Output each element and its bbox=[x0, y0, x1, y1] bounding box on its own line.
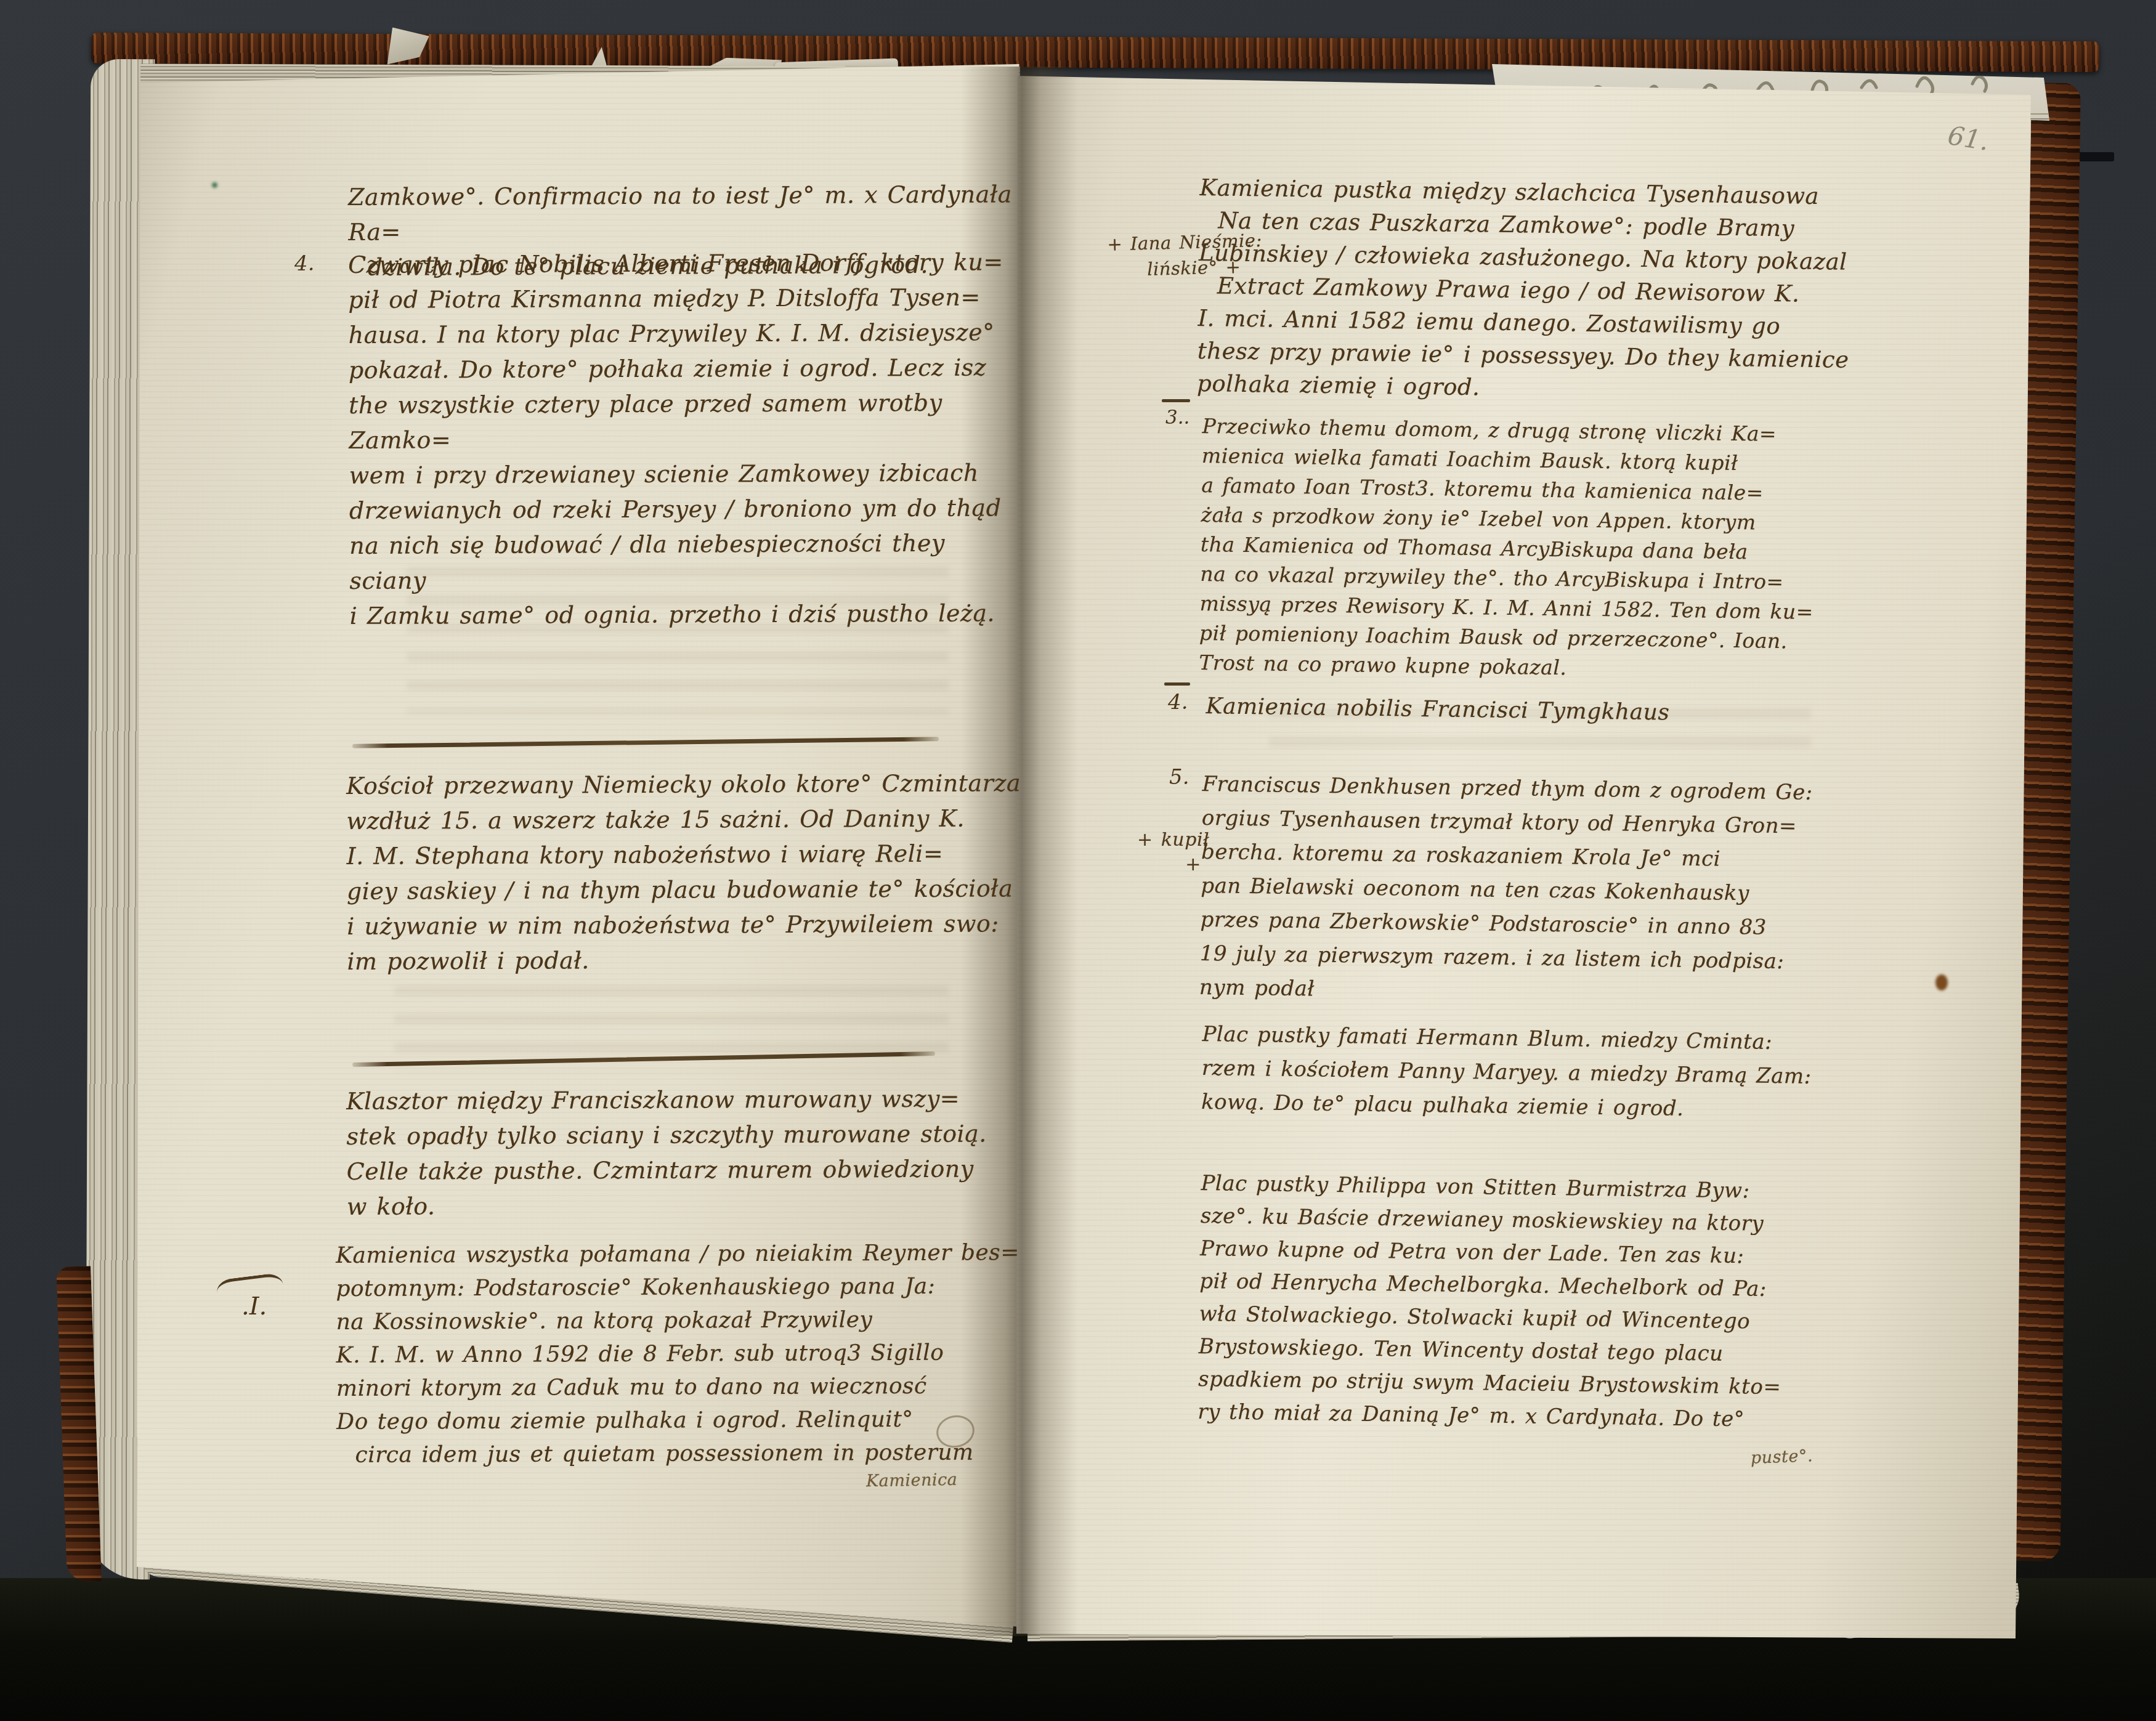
left-paragraph-4: Klasztor między Franciszkanow murowany w… bbox=[346, 1081, 1021, 1225]
right-paragraph-5: Plac pustky famati Hermann Blum. miedzy … bbox=[1201, 1018, 1972, 1130]
margin-item-number-5: 5. bbox=[1169, 765, 1189, 790]
left-paragraph-3: Kościoł przezwany Niemiecky okolo ktore°… bbox=[346, 766, 1021, 979]
right-paragraph-2: Przeciwko themu domom, z drugą stronę vl… bbox=[1199, 411, 1966, 688]
margin-item-number-4: 4. bbox=[294, 251, 314, 276]
margin-number-overline bbox=[1162, 399, 1190, 402]
right-paragraph-1: Kamienica pustka między szlachcica Tysen… bbox=[1197, 171, 1964, 410]
margin-number-overline bbox=[1164, 682, 1190, 686]
green-speck bbox=[212, 182, 217, 188]
left-paragraph-2: Czwarty plac Nobilis Alberti Fresen Dorf… bbox=[348, 245, 1021, 634]
left-paragraph-5: Kamienica wszystka połamana / po nieiaki… bbox=[336, 1236, 1021, 1472]
margin-note-iana-niesmielinskie: + Iana Nieśmie: lińskie° + bbox=[1107, 227, 1281, 283]
margin-item-number-3: 3.. bbox=[1165, 407, 1189, 429]
margin-item-number-4: 4. bbox=[1168, 690, 1188, 715]
right-paragraph-6: Plac pustky Philippa von Stitten Burmist… bbox=[1198, 1167, 1971, 1439]
manuscript-photo-scene: Zamkowe°. Confirmacio na to iest Je° m. … bbox=[0, 0, 2156, 1721]
catchword-left: Kamienica bbox=[866, 1470, 958, 1491]
right-paragraph-4: Franciscus Denkhusen przed thym dom z og… bbox=[1199, 767, 1972, 1015]
catchword-right: puste°. bbox=[1750, 1446, 1813, 1468]
page-number: 61. bbox=[1946, 120, 1992, 156]
margin-note-kupil: + kupił + bbox=[1137, 828, 1209, 877]
margin-item-number-I: .I. bbox=[241, 1292, 267, 1321]
